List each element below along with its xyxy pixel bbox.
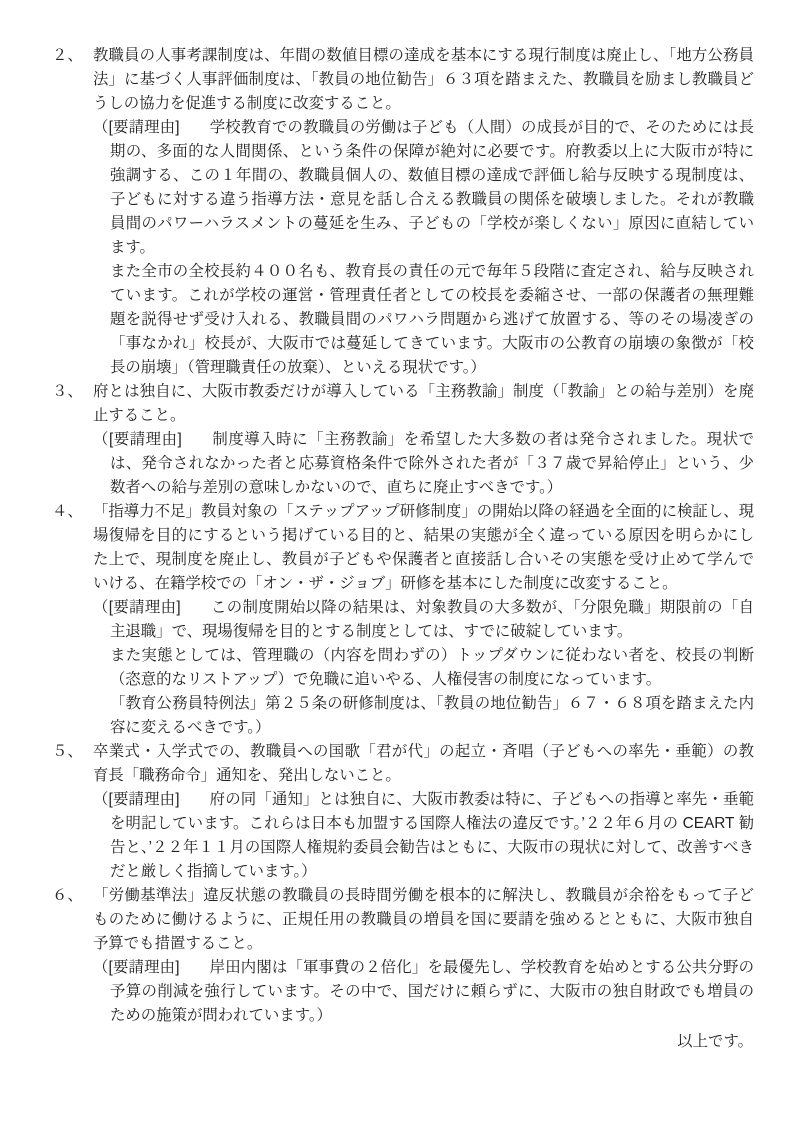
reason-block: （[要請理由]岸田内閣は「軍事費の２倍化」を最優先し、学校教育を始めとする公共分…: [93, 956, 754, 1028]
item-content: 「指導力不足」教員対象の「ステップアップ研修制度」の開始以降の経過を全面的に検証…: [93, 500, 754, 740]
reason-label: （[要請理由]: [93, 959, 180, 976]
closing-text: 以上です。: [52, 1030, 754, 1054]
document-page: ２、教職員の人事考課制度は、年間の数値目標の達成を基本にする現行制度は廃止し、「…: [0, 0, 800, 1132]
item-content: 卒業式・入学式での、教職員への国歌「君が代」の起立・斉唱（子どもへの率先・垂範）…: [93, 740, 754, 884]
reason-block: （[要請理由]この制度開始以降の結果は、対象教員の大多数が、「分限免職」期限前の…: [93, 596, 754, 740]
list-item: ６、「労働基準法」違反状態の教職員の長時間労働を根本的に解決し、教職員が余裕をも…: [52, 884, 754, 1028]
reason-block: （[要請理由]府の同「通知」とは独自に、大阪市教委は特に、子どもへの指導と率先・…: [93, 788, 754, 884]
list-item: ５、卒業式・入学式での、教職員への国歌「君が代」の起立・斉唱（子どもへの率先・垂…: [52, 740, 754, 884]
reason-text: 学校教育での教職員の労働は子ども（人間）の成長が目的で、そのためには長期の、多面…: [110, 119, 754, 256]
item-body: 「労働基準法」違反状態の教職員の長時間労働を根本的に解決し、教職員が余裕をもって…: [93, 884, 754, 956]
demand-list: ２、教職員の人事考課制度は、年間の数値目標の達成を基本にする現行制度は廃止し、「…: [52, 44, 754, 1028]
item-number: ２、: [52, 44, 93, 68]
list-item: ２、教職員の人事考課制度は、年間の数値目標の達成を基本にする現行制度は廃止し、「…: [52, 44, 754, 380]
list-item: ４、「指導力不足」教員対象の「ステップアップ研修制度」の開始以降の経過を全面的に…: [52, 500, 754, 740]
item-body: 卒業式・入学式での、教職員への国歌「君が代」の起立・斉唱（子どもへの率先・垂範）…: [93, 740, 754, 788]
item-number: ３、: [52, 380, 93, 404]
item-content: 「労働基準法」違反状態の教職員の長時間労働を根本的に解決し、教職員が余裕をもって…: [93, 884, 754, 1028]
reason-paragraph: 「教育公務員特例法」第２５条の研修制度は、「教員の地位勧告」６７・６８項を踏まえ…: [110, 692, 754, 740]
item-content: 府とは独自に、大阪市教委だけが導入している「主務教諭」制度（「教諭」との給与差別…: [93, 380, 754, 500]
reason-text: 府の同「通知」とは独自に、大阪市教委は特に、子どもへの指導と率先・垂範を明記して…: [110, 791, 754, 880]
reason-paragraph: （[要請理由]府の同「通知」とは独自に、大阪市教委は特に、子どもへの指導と率先・…: [110, 788, 754, 884]
list-item: ３、府とは独自に、大阪市教委だけが導入している「主務教諭」制度（「教諭」との給与…: [52, 380, 754, 500]
item-number: ５、: [52, 740, 93, 764]
reason-paragraph: （[要請理由]学校教育での教職員の労働は子ども（人間）の成長が目的で、そのために…: [110, 116, 754, 260]
reason-paragraph: （[要請理由]この制度開始以降の結果は、対象教員の大多数が、「分限免職」期限前の…: [110, 596, 754, 644]
reason-paragraph: また実態としては、管理職の（内容を問わずの）トップダウンに従わない者を、校長の判…: [110, 644, 754, 692]
item-body: 府とは独自に、大阪市教委だけが導入している「主務教諭」制度（「教諭」との給与差別…: [93, 380, 754, 428]
item-number: ６、: [52, 884, 93, 908]
reason-block: （[要請理由]制度導入時に「主務教諭」を希望した大多数の者は発令されました。現状…: [93, 428, 754, 500]
item-number: ４、: [52, 500, 93, 524]
reason-text: この制度開始以降の結果は、対象教員の大多数が、「分限免職」期限前の「自主退職」で…: [110, 599, 754, 640]
reason-text: 制度導入時に「主務教諭」を希望した大多数の者は発令されました。現状では、発令され…: [110, 431, 754, 496]
reason-block: （[要請理由]学校教育での教職員の労働は子ども（人間）の成長が目的で、そのために…: [93, 116, 754, 380]
item-content: 教職員の人事考課制度は、年間の数値目標の達成を基本にする現行制度は廃止し、「地方…: [93, 44, 754, 380]
reason-label: （[要請理由]: [93, 791, 180, 808]
item-body: 「指導力不足」教員対象の「ステップアップ研修制度」の開始以降の経過を全面的に検証…: [93, 500, 754, 596]
item-body: 教職員の人事考課制度は、年間の数値目標の達成を基本にする現行制度は廃止し、「地方…: [93, 44, 754, 116]
reason-paragraph: （[要請理由]制度導入時に「主務教諭」を希望した大多数の者は発令されました。現状…: [110, 428, 754, 500]
reason-paragraph: （[要請理由]岸田内閣は「軍事費の２倍化」を最優先し、学校教育を始めとする公共分…: [110, 956, 754, 1028]
reason-paragraph: また全市の全校長約４００名も、教育長の責任の元で毎年５段階に査定され、給与反映さ…: [110, 260, 754, 380]
reason-label: （[要請理由]: [93, 599, 181, 616]
reason-label: （[要請理由]: [93, 431, 182, 448]
reason-label: （[要請理由]: [93, 119, 180, 136]
reason-text: 岸田内閣は「軍事費の２倍化」を最優先し、学校教育を始めとする公共分野の予算の削減…: [110, 959, 754, 1024]
